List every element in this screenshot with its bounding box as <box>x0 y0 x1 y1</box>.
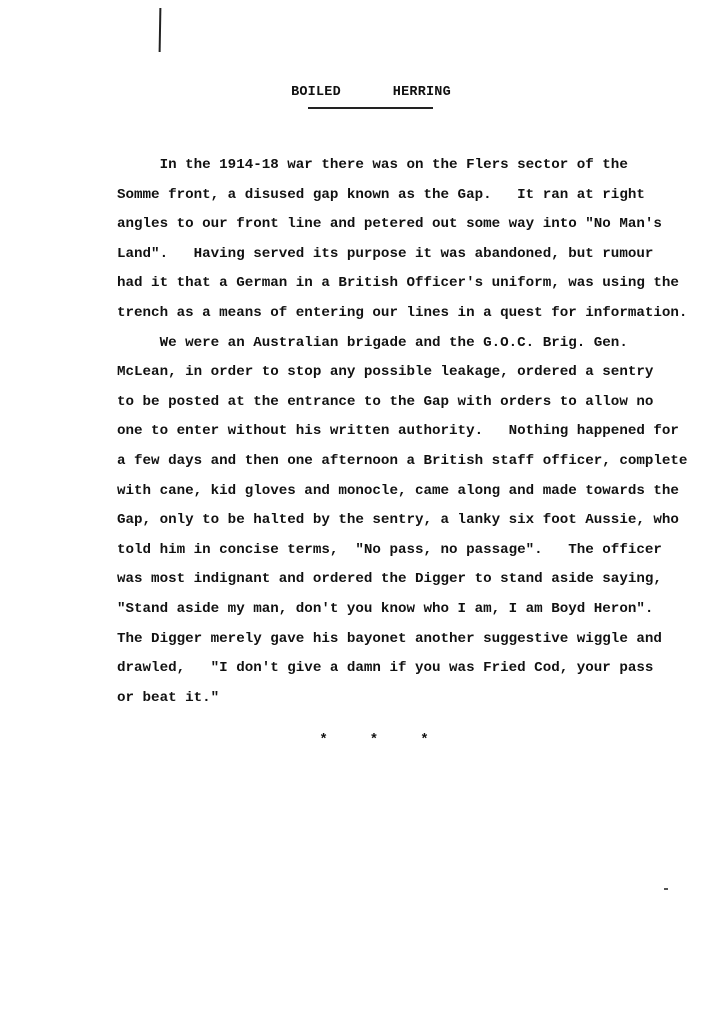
text-line: The Digger merely gave his bayonet anoth… <box>117 625 717 655</box>
text-line: told him in concise terms, "No pass, no … <box>117 536 717 566</box>
text-line: Land". Having served its purpose it was … <box>117 240 717 270</box>
text-line: Somme front, a disused gap known as the … <box>117 181 717 211</box>
text-line: "Stand aside my man, don't you know who … <box>117 595 717 625</box>
text-line: to be posted at the entrance to the Gap … <box>117 388 717 418</box>
text-line: drawled, "I don't give a damn if you was… <box>117 654 717 684</box>
text-line: or beat it." <box>117 684 717 714</box>
text-line: a few days and then one afternoon a Brit… <box>117 447 717 477</box>
body-text: In the 1914-18 war there was on the Fler… <box>117 151 717 713</box>
text-line: one to enter without his written authori… <box>117 417 717 447</box>
text-line: trench as a means of entering our lines … <box>117 299 717 329</box>
text-line: We were an Australian brigade and the G.… <box>117 329 717 359</box>
document-title: BOILED HERRING <box>0 85 728 100</box>
text-line: Gap, only to be halted by the sentry, a … <box>117 506 717 536</box>
text-line: was most indignant and ordered the Digge… <box>117 565 717 595</box>
text-line: angles to our front line and petered out… <box>117 210 717 240</box>
text-line: with cane, kid gloves and monocle, came … <box>117 477 717 507</box>
scan-speck <box>664 888 668 890</box>
document-page: BOILED HERRING In the 1914-18 war there … <box>0 0 728 1024</box>
margin-pen-mark <box>159 8 162 52</box>
text-line: McLean, in order to stop any possible le… <box>117 358 717 388</box>
section-break-asterisks: * * * <box>0 732 728 748</box>
text-line: had it that a German in a British Office… <box>117 269 717 299</box>
text-line: In the 1914-18 war there was on the Fler… <box>117 151 717 181</box>
title-underline <box>308 107 433 109</box>
